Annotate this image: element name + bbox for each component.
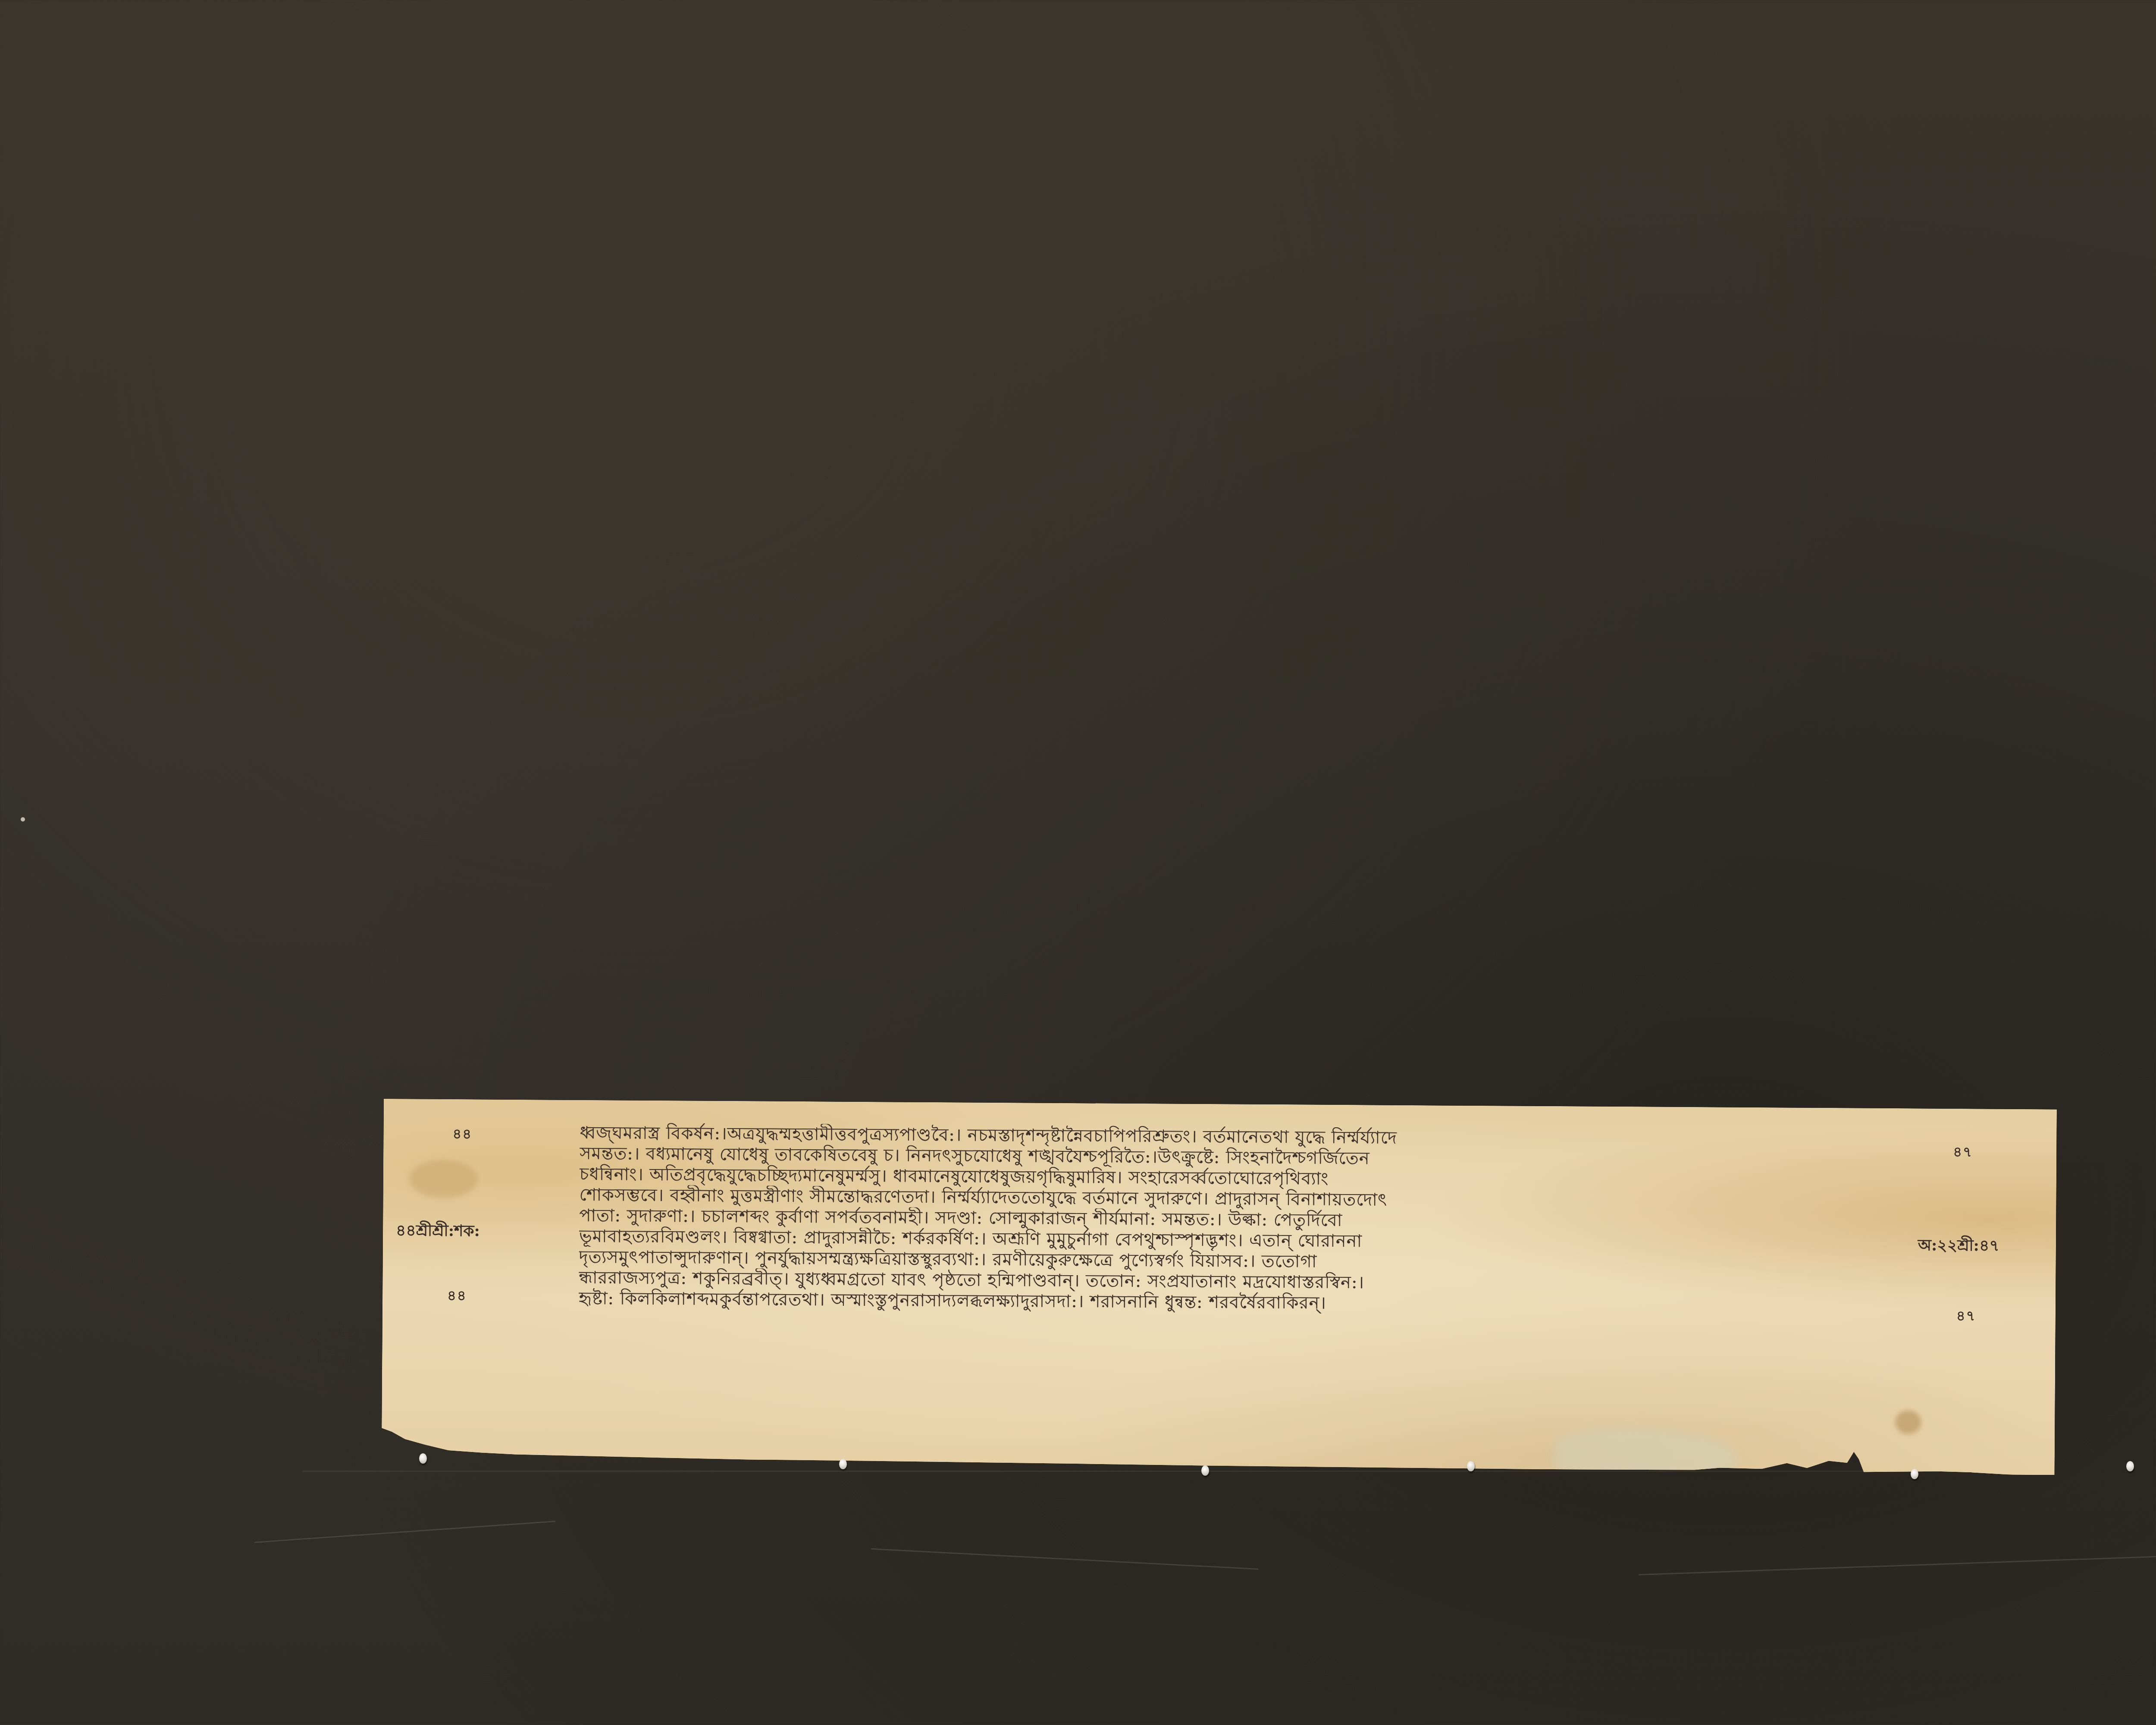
right-margin-folio-top: ৪৭ [1953, 1141, 1973, 1164]
pin-head-icon [1201, 1465, 1209, 1476]
board-scratch [302, 1471, 1940, 1472]
manuscript-leaf: ৪৪ ৪৪শ্রীশ্রী:শক: ৪৪ ৪৭ অ:২২শ্রী:৪৭ ৪৭ ধ… [382, 1099, 2057, 1475]
right-margin-chapter-note: অ:২২শ্রী:৪৭ [1918, 1233, 1999, 1260]
pin-head-icon [1467, 1461, 1475, 1471]
left-margin-folio-top: ৪৪ [452, 1123, 472, 1146]
board-scratch [254, 1521, 556, 1543]
pin-head-icon [2126, 1461, 2134, 1471]
pin-head-icon [1911, 1469, 1918, 1479]
board-scratch [871, 1548, 1259, 1570]
left-margin-title-note: ৪৪শ্রীশ্রী:শক: [396, 1219, 480, 1245]
dust-speck [21, 817, 25, 822]
manuscript-text-block: ধ্বজ্ঘমরাস্ত্র বিকর্ষন:।অত্রযুদ্ধম্মহত্ত… [579, 1123, 1869, 1317]
paper-stain [409, 1159, 479, 1198]
board-scratch [1639, 1555, 2156, 1575]
worn-paper-area [1554, 1427, 1736, 1476]
paper-stain [1895, 1410, 1921, 1434]
left-margin-folio-bottom: ৪৪ [447, 1285, 467, 1308]
pin-head-icon [419, 1453, 427, 1464]
pin-head-icon [839, 1459, 847, 1469]
right-margin-folio-bottom: ৪৭ [1956, 1305, 1976, 1328]
